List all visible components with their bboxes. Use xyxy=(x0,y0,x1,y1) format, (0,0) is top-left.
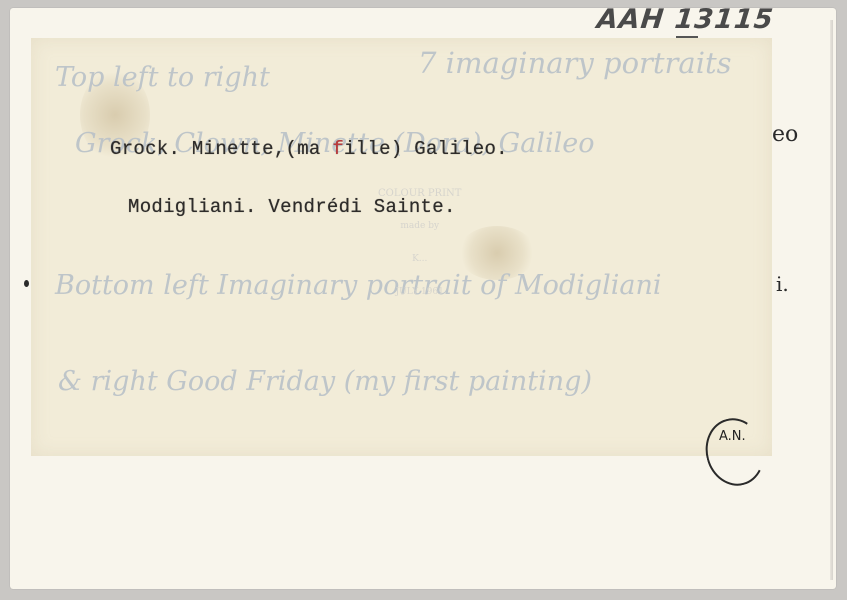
pencil-note-line-1a: Top left to right xyxy=(55,62,270,93)
ink-fragment-modigliani: i. xyxy=(776,272,789,296)
typed-line-1-a: Grock. Minette,(ma xyxy=(110,138,332,160)
pencil-note-line-4: & right Good Friday (my first painting) xyxy=(58,366,592,397)
ink-fragment-galileo: eo xyxy=(772,122,798,147)
typed-line-2: Modigliani. Vendrédi Sainte. xyxy=(128,196,456,218)
pencil-note-line-3: Bottom left Imaginary portrait of Modigl… xyxy=(55,270,662,301)
typed-line-1: Grock. Minette,(ma fille) Galileo. xyxy=(110,138,508,160)
stamp-line-2: made by xyxy=(378,221,461,232)
archive-number: AAH 13115 xyxy=(595,4,775,35)
stamp-line-3: K... xyxy=(378,254,461,265)
card-edge xyxy=(830,20,833,580)
an-stamp-label: A.N. xyxy=(719,429,746,444)
pencil-note-line-1b: 7 imaginary portraits xyxy=(418,46,732,80)
ink-dot xyxy=(24,280,29,287)
stamp-line-4: JULY 1961 xyxy=(378,287,461,298)
typed-line-1-b: ille) Galileo. xyxy=(344,138,508,160)
typed-red-letter: f xyxy=(332,138,344,160)
archive-number-underline xyxy=(676,36,698,38)
colour-print-stamp: COLOUR PRINT made by K... JULY 1961 xyxy=(378,166,461,309)
